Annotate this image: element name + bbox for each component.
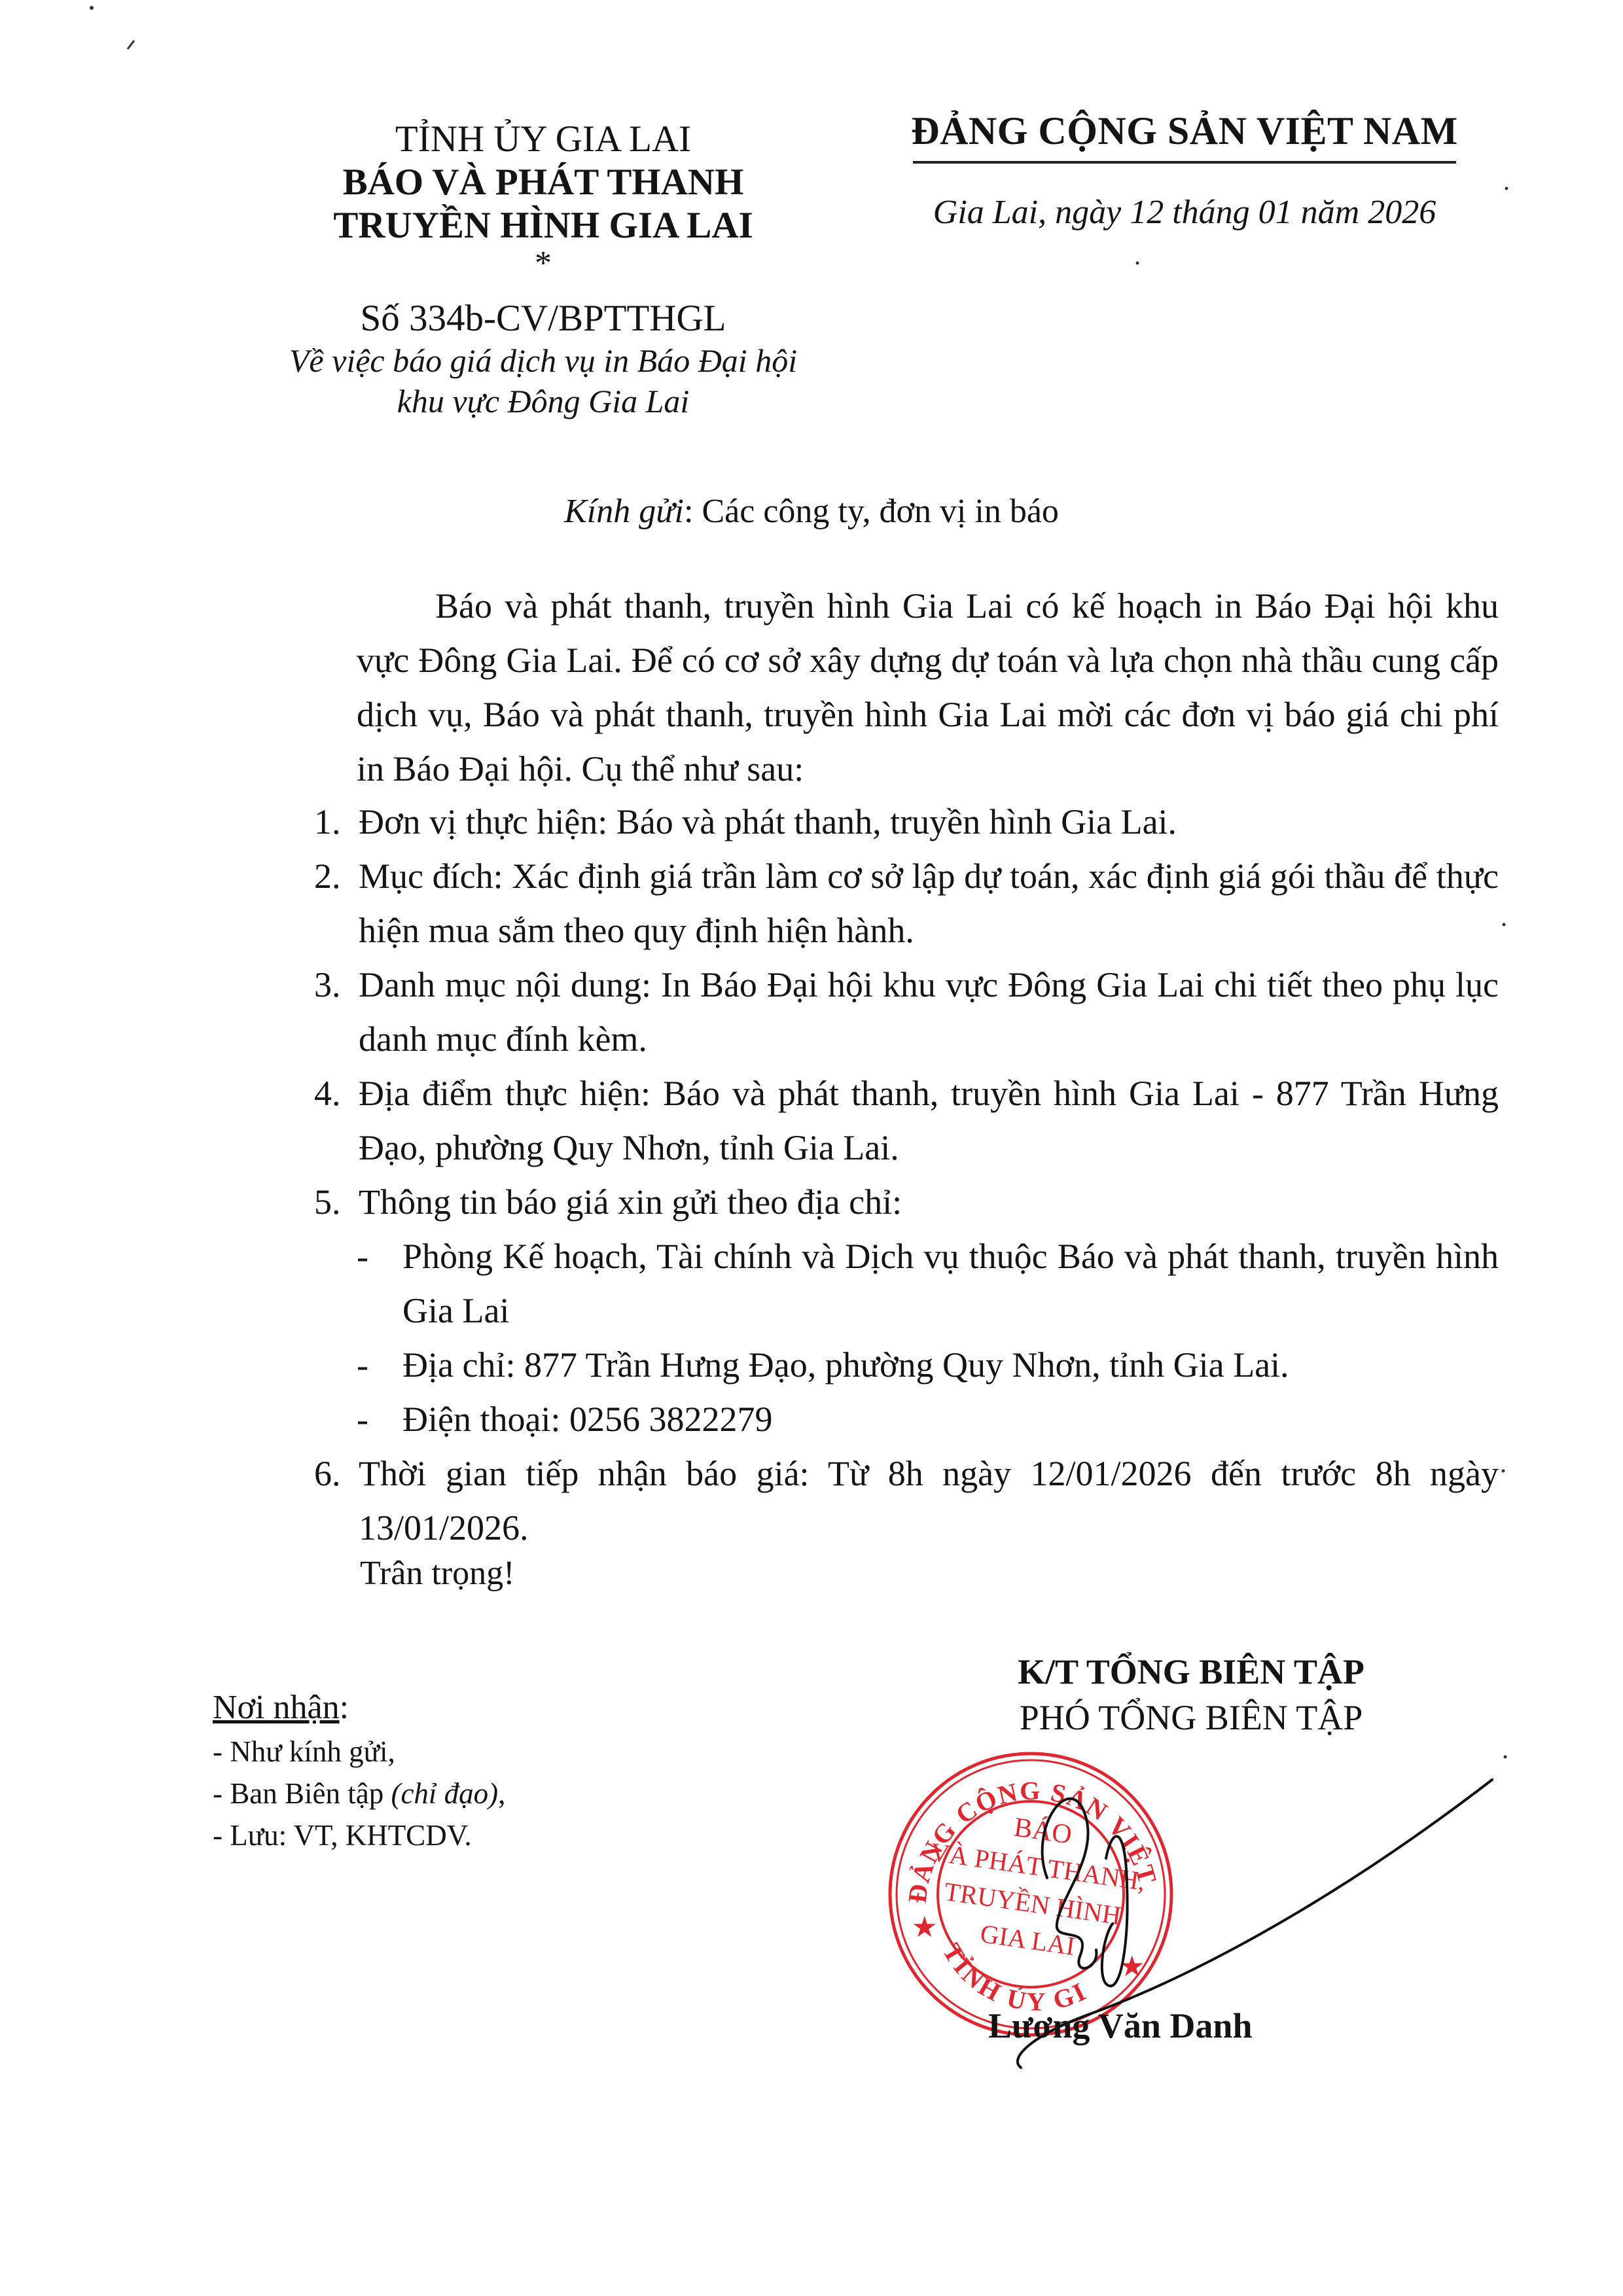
- recipients-title: Nơi nhận: [213, 1689, 340, 1726]
- greeting-label: Kính gửi: [564, 493, 684, 530]
- party-motto: ĐẢNG CỘNG SẢN VIỆT NAM: [877, 105, 1492, 157]
- list-item: 6. Thời gian tiếp nhận báo giá: Từ 8h ng…: [314, 1447, 1499, 1555]
- list-item: 3. Danh mục nội dung: In Báo Đại hội khu…: [314, 958, 1499, 1067]
- sub-list-item: - Địa chỉ: 877 Trần Hưng Đạo, phường Quy…: [357, 1338, 1499, 1392]
- dash: -: [357, 1392, 396, 1447]
- motto-underline: [913, 161, 1456, 164]
- recipients-block: Nơi nhận: - Như kính gửi, - Ban Biên tập…: [213, 1685, 505, 1856]
- list-item: 5. Thông tin báo giá xin gửi theo địa ch…: [314, 1175, 1499, 1229]
- issuer-parent-org: TỈNH ỦY GIA LAI: [249, 118, 838, 161]
- sub-item-text: Điện thoại: 0256 3822279: [402, 1392, 1499, 1447]
- intro-paragraph: Báo và phát thanh, truyền hình Gia Lai c…: [357, 579, 1499, 796]
- star-separator: *: [249, 247, 838, 280]
- recipient-line: - Như kính gửi,: [213, 1731, 505, 1773]
- svg-text:★: ★: [912, 1911, 937, 1944]
- sub-item-text: Phòng Kế hoạch, Tài chính và Dịch vụ thu…: [402, 1229, 1499, 1338]
- item-number: 6.: [314, 1447, 357, 1501]
- item-number: 4.: [314, 1067, 357, 1121]
- issuer-header: TỈNH ỦY GIA LAI BÁO VÀ PHÁT THANH TRUYỀN…: [249, 118, 838, 421]
- recipient-line: - Lưu: VT, KHTCDV.: [213, 1814, 505, 1856]
- dash: -: [357, 1229, 396, 1284]
- document-date: Gia Lai, ngày 12 tháng 01 năm 2026: [877, 190, 1492, 236]
- dash: -: [357, 1338, 396, 1392]
- item-text: Địa điểm thực hiện: Báo và phát thanh, t…: [359, 1067, 1499, 1175]
- list-item: 2. Mục đích: Xác định giá trần làm cơ sở…: [314, 849, 1499, 958]
- recipient-line: - Ban Biên tập (chỉ đạo),: [213, 1773, 505, 1814]
- item-text: Mục đích: Xác định giá trần làm cơ sở lậ…: [359, 849, 1499, 958]
- issuer-org-line1: BÁO VÀ PHÁT THANH: [249, 161, 838, 204]
- signature-block: K/T TỔNG BIÊN TẬP PHÓ TỔNG BIÊN TẬP: [916, 1649, 1466, 1740]
- greeting-recipient: : Các công ty, đơn vị in báo: [684, 493, 1059, 530]
- item-number: 3.: [314, 958, 357, 1012]
- closing-salutation: Trân trọng!: [360, 1554, 514, 1593]
- list-item: 4. Địa điểm thực hiện: Báo và phát thanh…: [314, 1067, 1499, 1175]
- item-text: Thời gian tiếp nhận báo giá: Từ 8h ngày …: [359, 1447, 1499, 1555]
- list-item: 1. Đơn vị thực hiện: Báo và phát thanh, …: [314, 795, 1499, 849]
- recipients-colon: :: [340, 1689, 349, 1726]
- item-text: Danh mục nội dung: In Báo Đại hội khu vự…: [359, 958, 1499, 1067]
- signer-authority: K/T TỔNG BIÊN TẬP: [916, 1649, 1466, 1695]
- sub-list-item: - Phòng Kế hoạch, Tài chính và Dịch vụ t…: [357, 1229, 1499, 1338]
- item-number: 1.: [314, 795, 357, 849]
- sub-list-item: - Điện thoại: 0256 3822279: [357, 1392, 1499, 1447]
- issuer-org-line2: TRUYỀN HÌNH GIA LAI: [249, 204, 838, 247]
- greeting: Kính gửi: Các công ty, đơn vị in báo: [0, 492, 1623, 531]
- document-number: Số 334b-CV/BPTTHGL: [249, 297, 838, 340]
- signer-name: Lương Văn Danh: [988, 2005, 1252, 2046]
- item-text: Thông tin báo giá xin gửi theo địa chỉ:: [359, 1175, 1499, 1229]
- subject-line-1: Về việc báo giá dịch vụ in Báo Đại hội: [249, 340, 838, 381]
- item-number: 2.: [314, 849, 357, 904]
- item-text: Đơn vị thực hiện: Báo và phát thanh, tru…: [359, 795, 1499, 849]
- item-number: 5.: [314, 1175, 357, 1229]
- subject-line-2: khu vực Đông Gia Lai: [249, 381, 838, 421]
- national-header: ĐẢNG CỘNG SẢN VIỆT NAM Gia Lai, ngày 12 …: [877, 105, 1492, 236]
- sub-item-text: Địa chỉ: 877 Trần Hưng Đạo, phường Quy N…: [402, 1338, 1499, 1392]
